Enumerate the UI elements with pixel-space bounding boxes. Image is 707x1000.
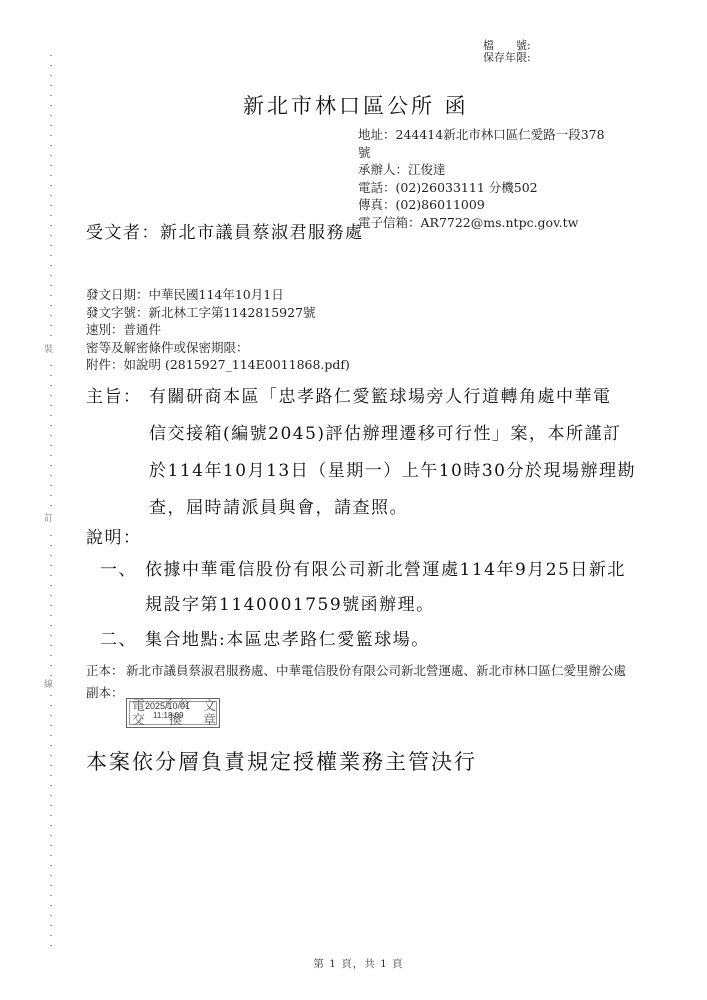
- binding-mark-line: 線: [44, 678, 53, 692]
- document-number: 發文字號：新北林工字第1142815927號: [86, 304, 350, 322]
- subject-label: 主旨：: [86, 385, 142, 409]
- distribution-section: 正本： 新北市議員蔡淑君服務處、中華電信股份有限公司新北營運處、新北市林口區仁愛…: [86, 662, 646, 684]
- decision-authority: 本案依分層負責規定授權業務主管決行: [86, 746, 477, 776]
- archive-info: 檔 號: 保存年限:: [483, 40, 531, 64]
- explanation-item-number: 一、: [100, 558, 137, 582]
- recipient: 受文者：新北市議員蔡淑君服務處: [86, 218, 364, 243]
- stamp-char: 文: [203, 700, 216, 713]
- subject-line: 查，屆時請派員與會，請查照。: [149, 496, 408, 520]
- original-recipients-label: 正本：: [86, 662, 124, 679]
- stamp-char: 電: [132, 700, 145, 713]
- delivery-speed: 速別：普通件: [86, 321, 350, 339]
- document-title: 新北市林口區公所 函: [243, 90, 469, 120]
- page-number: 第 1 頁，共 1 頁: [0, 956, 707, 971]
- subject-line: 有關研商本區「忠孝路仁愛籃球場旁人行道轉角處中華電: [149, 385, 612, 409]
- fax: 傳真：(02)86011009: [358, 196, 638, 214]
- phone: 電話：(02)26033111 分機502: [358, 179, 638, 197]
- email: 電子信箱：AR7722@ms.ntpc.gov.tw: [358, 214, 638, 232]
- copy-recipients-label: 副本：: [86, 684, 124, 701]
- handler: 承辦人：江俊達: [358, 161, 638, 179]
- subject-section: 主旨： 有關研商本區「忠孝路仁愛籃球場旁人行道轉角處中華電 信交接箱(編號204…: [86, 385, 646, 533]
- subject-line: 信交接箱(編號2045)評估辦理遷移可行性」案，本所謹訂: [149, 422, 622, 446]
- explanation-item-number: 二、: [100, 628, 137, 652]
- address-line-2: 號: [358, 144, 638, 162]
- subject-line: 於114年10月13日（星期一）上午10時30分於現場辦理勘: [149, 459, 636, 483]
- electronic-exchange-stamp: 電 子 公 文 交 換 章 2025/10/01 11:18:09: [126, 698, 220, 728]
- stamp-time: 11:18:09: [153, 712, 184, 720]
- contact-block: 地址：244414新北市林口區仁愛路一段378 號 承辦人：江俊達 電話：(02…: [358, 126, 638, 231]
- stamp-date: 2025/10/01: [145, 702, 190, 711]
- explanation-item-line: 規設字第1140001759號函辦理。: [145, 593, 435, 617]
- stamp-char: 交: [132, 714, 145, 727]
- original-recipients: 新北市議員蔡淑君服務處、中華電信股份有限公司新北營運處、新北市林口區仁愛里辦公處: [126, 662, 646, 679]
- stamp-char: 章: [203, 714, 216, 727]
- address-line-1: 地址：244414新北市林口區仁愛路一段378: [358, 126, 638, 144]
- binding-mark-staple: 訂: [44, 512, 53, 526]
- explanation-item-line: 依據中華電信股份有限公司新北營運處114年9月25日新北: [145, 558, 626, 582]
- security-level: 密等及解密條件或保密期限：: [86, 339, 350, 357]
- explanation-label: 說明：: [86, 523, 142, 548]
- document-meta: 發文日期：中華民國114年10月1日 發文字號：新北林工字第1142815927…: [86, 286, 350, 374]
- retention-period-label: 保存年限:: [483, 52, 531, 64]
- explanation-section: 一、 依據中華電信股份有限公司新北營運處114年9月25日新北 規設字第1140…: [100, 558, 640, 663]
- binding-dotted-line: [50, 55, 52, 955]
- explanation-item-line: 集合地點:本區忠孝路仁愛籃球場。: [145, 628, 430, 652]
- issue-date: 發文日期：中華民國114年10月1日: [86, 286, 350, 304]
- binding-mark-bind: 裝: [44, 343, 53, 357]
- attachment: 附件：如說明 (2815927_114E0011868.pdf): [86, 356, 350, 374]
